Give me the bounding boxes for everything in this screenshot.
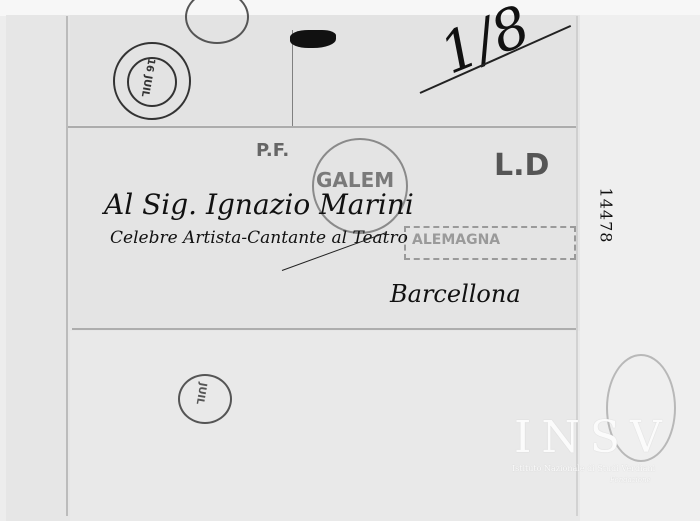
alemagna-stamp-text: ALEMAGNA (412, 232, 500, 248)
insv-logo: INSV (514, 412, 672, 463)
archive-number: 14478 (596, 188, 615, 244)
ld-handstamp: L.D (494, 148, 549, 183)
pf-handstamp: P.F. (256, 140, 289, 161)
wax-seal-remnant (290, 30, 336, 48)
fold-line-bottom (72, 328, 576, 330)
fold-line-top (68, 126, 576, 128)
address-line-2: Celebre Artista-Cantante al Teatro (110, 228, 408, 248)
watermark-institute-name: Istituto Nazionale di Studi Verdiani (512, 464, 655, 473)
watermark-fondazione: Fondazione (610, 476, 651, 484)
fold-line-left (66, 16, 68, 516)
address-line-1: Al Sig. Ignazio Marini (104, 188, 414, 221)
address-city: Barcellona (390, 280, 521, 308)
photo-top-margin (0, 0, 700, 16)
bottom-flap (70, 331, 580, 521)
